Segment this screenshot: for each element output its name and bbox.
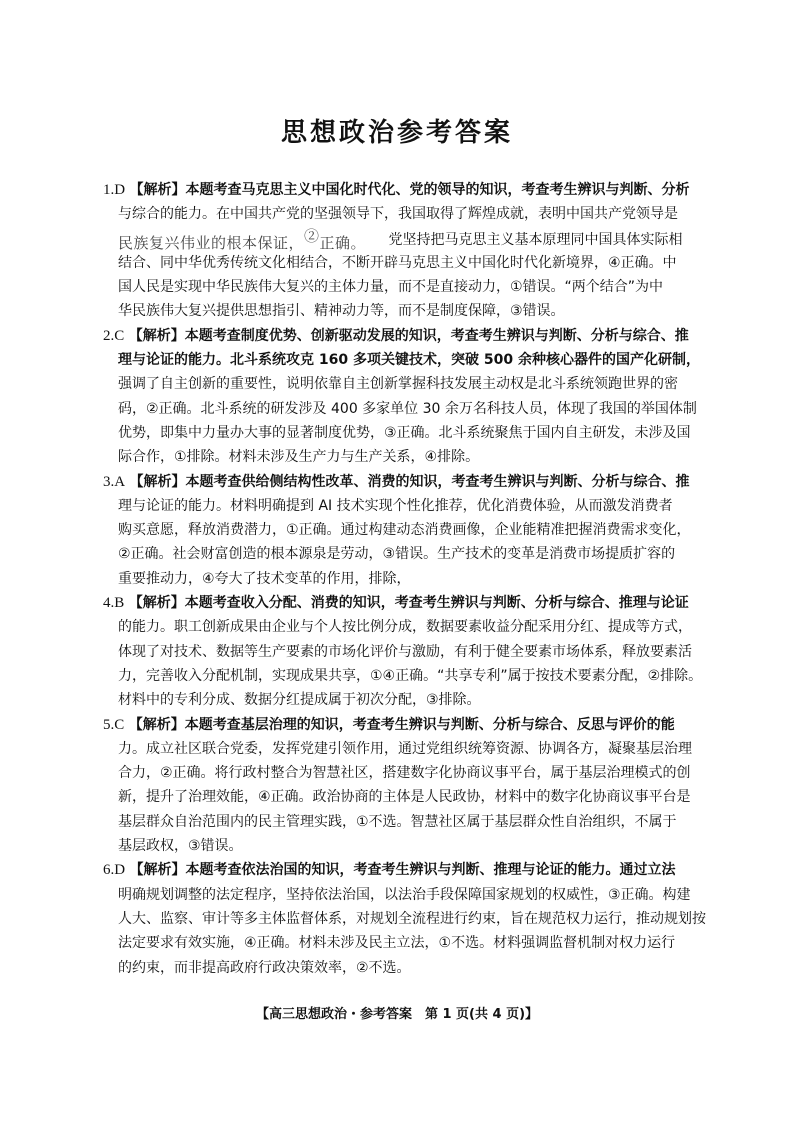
answer-item-6: 6.D 【解析】本题考查依法治国的知识，考查考生辨识与判断、推理与论证的能力。通… xyxy=(103,858,699,979)
analysis-line: 优势，即集中力量办大事的显著制度优势，③正确。北斗系统聚焦于国内自主研发，未涉及… xyxy=(103,421,699,445)
analysis-tag: 【解析】 xyxy=(130,474,186,490)
analysis-line: 重要推动力，④夸大了技术变革的作用，排除， xyxy=(103,567,699,591)
answer-letter: D xyxy=(114,862,125,878)
analysis-intro: 本题考查基层治理的知识，考查考生辨识与判断、分析与综合、反思与评价的能 xyxy=(185,717,675,733)
question-number: 1. xyxy=(103,182,114,198)
analysis-line: 材料中的专利分成、数据分红提成属于初次分配，③排除。 xyxy=(103,688,699,712)
analysis-intro: 本题考查制度优势、创新驱动发展的知识，考查考生辨识与判断、分析与综合、推 xyxy=(185,328,689,344)
answer-item-2: 2.C 【解析】本题考查制度优势、创新驱动发展的知识，考查考生辨识与判断、分析与… xyxy=(103,324,699,470)
analysis-intro: 本题考查供给侧结构性改革、消费的知识，考查考生辨识与判断、分析与综合、推 xyxy=(186,474,690,490)
analysis-line: 际合作，①排除。材料未涉及生产力与生产关系，④排除。 xyxy=(103,445,699,469)
analysis-tag: 【解析】 xyxy=(129,328,185,344)
analysis-line: 基层群众自治范围内的民主管理实践，①不选。智慧社区属于基层群众性自治组织，不属于 xyxy=(103,810,699,834)
analysis-line: 的约束，而非提高政府行政决策效率，②不选。 xyxy=(103,956,699,980)
answer-item-5: 5.C 【解析】本题考查基层治理的知识，考查考生辨识与判断、分析与综合、反思与评… xyxy=(103,713,699,859)
analysis-line: 强调了自主创新的重要性，说明依靠自主创新掌握科技发展主动权是北斗系统领跑世界的密 xyxy=(103,372,699,396)
page-footer: 【高三思想政治・参考答案 第 1 页(共 4 页)】 xyxy=(0,1003,794,1022)
analysis-line: ②正确。社会财富创造的根本源泉是劳动，③错误。生产技术的变革是消费市场提质扩容的 xyxy=(103,542,699,566)
analysis-tag: 【解析】 xyxy=(129,595,185,611)
analysis-line: 理与论证的能力。材料明确提到 AI 技术实现个性化推荐，优化消费体验，从而激发消… xyxy=(103,494,699,518)
analysis-tag: 【解析】 xyxy=(130,862,186,878)
analysis-line-glitched: 民族复兴伟业的根本保证，②正确。 党坚持把马克思主义基本原理同中国具体实际相 xyxy=(103,227,699,251)
page-title: 思想政治参考答案 xyxy=(0,112,794,149)
analysis-line: 力。成立社区联合党委，发挥党建引领作用，通过党组织统筹资源、协调各方，凝聚基层治… xyxy=(103,737,699,761)
analysis-line: 与综合的能力。在中国共产党的坚强领导下，我国取得了辉煌成就，表明中国共产党领导是 xyxy=(103,202,699,226)
answer-letter: B xyxy=(114,595,124,611)
answer-item-1: 1.D 【解析】本题考查马克思主义中国化时代化、党的领导的知识，考查考生辨识与判… xyxy=(103,178,699,324)
analysis-intro: 本题考查依法治国的知识，考查考生辨识与判断、推理与论证的能力。通过立法 xyxy=(186,862,676,878)
analysis-intro: 本题考查马克思主义中国化时代化、党的领导的知识，考查考生辨识与判断、分析 xyxy=(186,182,690,198)
analysis-line: 人大、监察、审计等多主体监督体系，对规划全流程进行约束，旨在规范权力运行，推动规… xyxy=(103,907,699,931)
answer-item-3: 3.A 【解析】本题考查供给侧结构性改革、消费的知识，考查考生辨识与判断、分析与… xyxy=(103,470,699,591)
analysis-tag: 【解析】 xyxy=(130,182,186,198)
analysis-line: 法定要求有效实施，④正确。材料未涉及民主立法，①不选。材料强调监督机制对权力运行 xyxy=(103,931,699,955)
analysis-line: 体现了对技术、数据等生产要素的市场化评价与激励，有利于健全要素市场体系，释放要素… xyxy=(103,640,699,664)
question-number: 6. xyxy=(103,862,114,878)
answer-list: 1.D 【解析】本题考查马克思主义中国化时代化、党的领导的知识，考查考生辨识与判… xyxy=(103,178,699,980)
question-number: 2. xyxy=(103,328,114,344)
analysis-line: 的能力。职工创新成果由企业与个人按比例分成，数据要素收益分配采用分红、提成等方式… xyxy=(103,615,699,639)
analysis-intro: 本题考查收入分配、消费的知识，考查考生辨识与判断、分析与综合、推理与论证 xyxy=(185,595,689,611)
analysis-line: 明确规划调整的法定程序，坚持依法治国，以法治手段保障国家规划的权威性，③正确。构… xyxy=(103,883,699,907)
analysis-line: 国人民是实现中华民族伟大复兴的主体力量，而不是直接动力，①错误。“两个结合”为中 xyxy=(103,275,699,299)
question-number: 5. xyxy=(103,717,114,733)
analysis-line: 华民族伟大复兴提供思想指引、精神动力等，而不是制度保障，③错误。 xyxy=(103,299,699,323)
analysis-tag: 【解析】 xyxy=(129,717,185,733)
answer-letter: A xyxy=(114,474,125,490)
question-number: 3. xyxy=(103,474,114,490)
question-number: 4. xyxy=(103,595,114,611)
analysis-line: 结合、同中华优秀传统文化相结合，不断开辟马克思主义中国化时代化新境界，④正确。中 xyxy=(103,251,699,275)
answer-item-4: 4.B 【解析】本题考查收入分配、消费的知识，考查考生辨识与判断、分析与综合、推… xyxy=(103,591,699,712)
analysis-line: 合力，②正确。将行政村整合为智慧社区，搭建数字化协商议事平台，属于基层治理模式的… xyxy=(103,761,699,785)
analysis-line: 购买意愿，释放消费潜力，①正确。通过构建动态消费画像，企业能精准把握消费需求变化… xyxy=(103,518,699,542)
analysis-line: 理与论证的能力。北斗系统攻克 160 多项关键技术，突破 500 余种核心器件的… xyxy=(103,348,699,372)
glitched-text: 民族复兴伟业的根本保证，②正确。 xyxy=(118,234,366,252)
analysis-line: 力，完善收入分配机制，实现成果共享，①④正确。“共享专利”属于按技术要素分配，②… xyxy=(103,664,699,688)
answer-letter: C xyxy=(114,717,124,733)
analysis-line: 码，②正确。北斗系统的研发涉及 400 多家单位 30 余万名科技人员，体现了我… xyxy=(103,397,699,421)
analysis-line: 新，提升了治理效能，④正确。政治协商的主体是人民政协，材料中的数字化协商议事平台… xyxy=(103,785,699,809)
answer-letter: D xyxy=(114,182,125,198)
analysis-line: 基层政权，③错误。 xyxy=(103,834,699,858)
answer-letter: C xyxy=(114,328,124,344)
